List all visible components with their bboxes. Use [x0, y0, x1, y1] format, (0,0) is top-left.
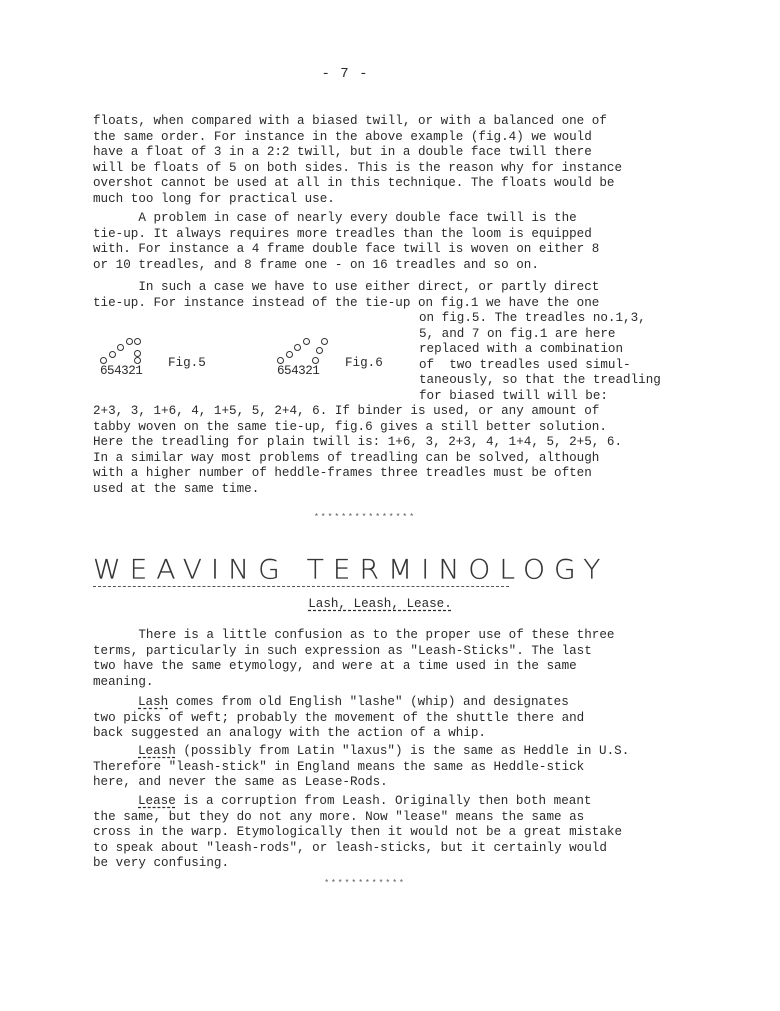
text-line: two have the same etymology, and were at… — [93, 659, 614, 675]
figure-caption: Fig.6 — [345, 357, 383, 370]
paragraph-tie-up-problem: A problem in case of nearly every double… — [93, 211, 599, 273]
text-line: tabby woven on the same tie-up, fig.6 gi… — [93, 420, 622, 436]
treadle-numbers: 654321 — [277, 365, 347, 378]
text-line: There is a little confusion as to the pr… — [93, 628, 614, 644]
text-line: have a float of 3 in a 2:2 twill, but in… — [93, 145, 622, 161]
text-line: the same, but they do not any more. Now … — [93, 810, 622, 826]
paragraph-direct-tie-up: In such a case we have to use either dir… — [93, 280, 599, 311]
term-lease: Lease — [138, 794, 176, 808]
paragraph-direct-tie-up-column: on fig.5. The treadles no.1,3,5, and 7 o… — [419, 311, 661, 405]
figure-6-tie-up: 654321 Fig.6 — [277, 335, 347, 378]
lash-text: comes from old English "lashe" (whip) an… — [168, 695, 569, 709]
treadle-numbers: 654321 — [100, 365, 170, 378]
text-line: cross in the warp. Etymologically then i… — [93, 825, 622, 841]
text-line: In a similar way most problems of treadl… — [93, 451, 622, 467]
document-page: - 7 - floats, when compared with a biase… — [0, 0, 780, 1011]
paragraph-treadling: 2+3, 3, 1+6, 4, 1+5, 5, 2+4, 6. If binde… — [93, 404, 622, 498]
paragraph-lash: Lash comes from old English "lashe" (whi… — [93, 695, 584, 742]
text-line: or 10 treadles, and 8 frame one - on 16 … — [93, 258, 599, 274]
text-line: two picks of weft; probably the movement… — [93, 711, 584, 727]
section-heading: WEAVING TERMINOLOGY — [93, 554, 609, 585]
paragraph-intro: There is a little confusion as to the pr… — [93, 628, 614, 690]
text-line: 2+3, 3, 1+6, 4, 1+5, 5, 2+4, 6. If binde… — [93, 404, 622, 420]
paragraph-leash: Leash (possibly from Latin "laxus") is t… — [93, 744, 629, 791]
text-line: Therefore "leash-stick" in England means… — [93, 760, 629, 776]
section-subheading: Lash, Leash, Lease. — [0, 597, 760, 611]
text-line: 5, and 7 on fig.1 are here — [419, 327, 661, 343]
separator-stars: *************** — [0, 513, 730, 522]
text-line: floats, when compared with a biased twil… — [93, 114, 622, 130]
heading-underline — [93, 586, 509, 587]
text-line: here, and never the same as Lease-Rods. — [93, 775, 629, 791]
separator-stars: ************ — [0, 879, 730, 888]
text-line: tie-up. For instance instead of the tie-… — [93, 296, 599, 312]
text-line: on fig.5. The treadles no.1,3, — [419, 311, 661, 327]
term-lash: Lash — [138, 695, 168, 709]
text-line: used at the same time. — [93, 482, 622, 498]
text-line: Here the treadling for plain twill is: 1… — [93, 435, 622, 451]
subheading-text: Lash, Leash, Lease. — [308, 597, 452, 611]
text-line: of two treadles used simul- — [419, 358, 661, 374]
text-line: to speak about "leash-rods", or leash-st… — [93, 841, 622, 857]
text-line: tie-up. It always requires more treadles… — [93, 227, 599, 243]
figure-caption: Fig.5 — [168, 357, 206, 370]
tie-up-dots — [100, 335, 170, 365]
text-line: be very confusing. — [93, 856, 622, 872]
text-line: back suggested an analogy with the actio… — [93, 726, 584, 742]
text-line: replaced with a combination — [419, 342, 661, 358]
paragraph-floats: floats, when compared with a biased twil… — [93, 114, 622, 208]
figure-5-tie-up: 654321 Fig.5 — [100, 335, 170, 378]
text-line: will be floats of 5 on both sides. This … — [93, 161, 622, 177]
text-line: with. For instance a 4 frame double face… — [93, 242, 599, 258]
text-line: for biased twill will be: — [419, 389, 661, 405]
text-line: overshot cannot be used at all in this t… — [93, 176, 622, 192]
term-leash: Leash — [138, 744, 176, 758]
lease-text: is a corruption from Leash. Originally t… — [176, 794, 592, 808]
text-line: A problem in case of nearly every double… — [93, 211, 599, 227]
paragraph-lease: Lease is a corruption from Leash. Origin… — [93, 794, 622, 872]
text-line: meaning. — [93, 675, 614, 691]
text-line: much too long for practical use. — [93, 192, 622, 208]
tie-up-dots — [277, 335, 347, 365]
text-line: taneously, so that the treadling — [419, 373, 661, 389]
text-line: the same order. For instance in the abov… — [93, 130, 622, 146]
leash-text: (possibly from Latin "laxus") is the sam… — [176, 744, 629, 758]
page-number: - 7 - — [0, 66, 690, 82]
text-line: terms, particularly in such expression a… — [93, 644, 614, 660]
text-line: with a higher number of heddle-frames th… — [93, 466, 622, 482]
text-line: In such a case we have to use either dir… — [93, 280, 599, 296]
